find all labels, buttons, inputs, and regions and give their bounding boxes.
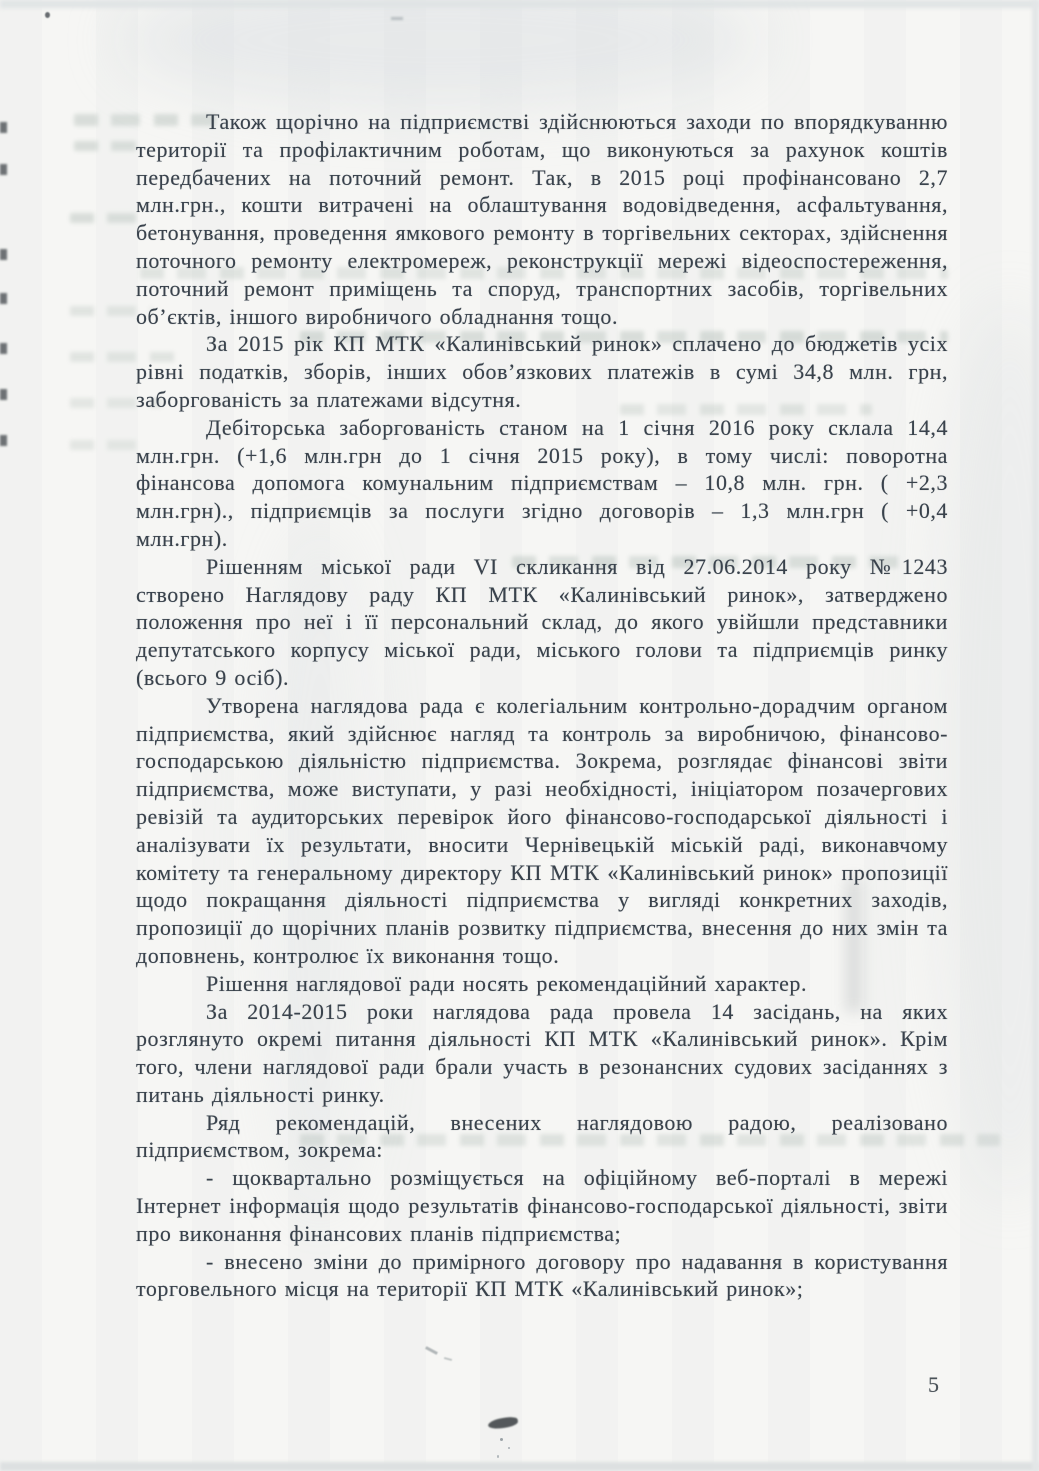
page-number: 5 [928,1372,939,1398]
scan-edge-mark [0,293,7,304]
paragraph: За 2015 рік КП МТК «Калинівський ринок» … [136,330,948,413]
scan-edge-bottom [0,1462,1039,1471]
paragraph: Рішенням міської ради VI скликання від 2… [136,553,948,692]
scan-edge-mark [0,343,7,354]
paragraph: Також щорічно на підприємстві здійснюють… [136,108,948,330]
scan-edge-right [1032,0,1039,1471]
paragraph: - внесено зміни до примірного договору п… [136,1248,948,1304]
scan-edge-mark [0,164,7,175]
paragraph: Утворена наглядова рада є колегіальним к… [136,692,948,970]
scan-edge-mark [0,435,7,446]
scan-edge-mark [0,389,7,400]
ink-speck [497,1455,499,1458]
paragraph: Рішення наглядової ради носять рекоменда… [136,970,948,998]
paragraph: За 2014-2015 роки наглядова рада провела… [136,998,948,1109]
faint-dash-mark [444,1357,452,1361]
scanned-page: Також щорічно на підприємстві здійснюють… [0,0,1039,1471]
bleed-through-artifact [70,213,136,223]
faint-dash-mark [391,17,403,20]
scan-blotch [120,0,760,110]
scan-edge-mark [0,249,7,260]
paragraph: Дебіторська заборгованість станом на 1 с… [136,414,948,553]
bleed-through-artifact [70,440,146,450]
ink-smudge [487,1416,518,1430]
faint-dash-mark [425,1346,438,1355]
document-text: Також щорічно на підприємстві здійснюють… [136,108,948,1303]
scan-edge-mark [0,122,7,133]
bleed-through-artifact [74,141,136,151]
ink-speck [508,1447,510,1449]
scan-edge-top [0,0,1039,8]
paragraph: - щоквартально розміщується на офіційном… [136,1164,948,1247]
pen-dot-mark [45,12,50,18]
ink-speck [500,1438,503,1441]
paragraph: Ряд рекомендацій, внесених наглядовою ра… [136,1109,948,1165]
